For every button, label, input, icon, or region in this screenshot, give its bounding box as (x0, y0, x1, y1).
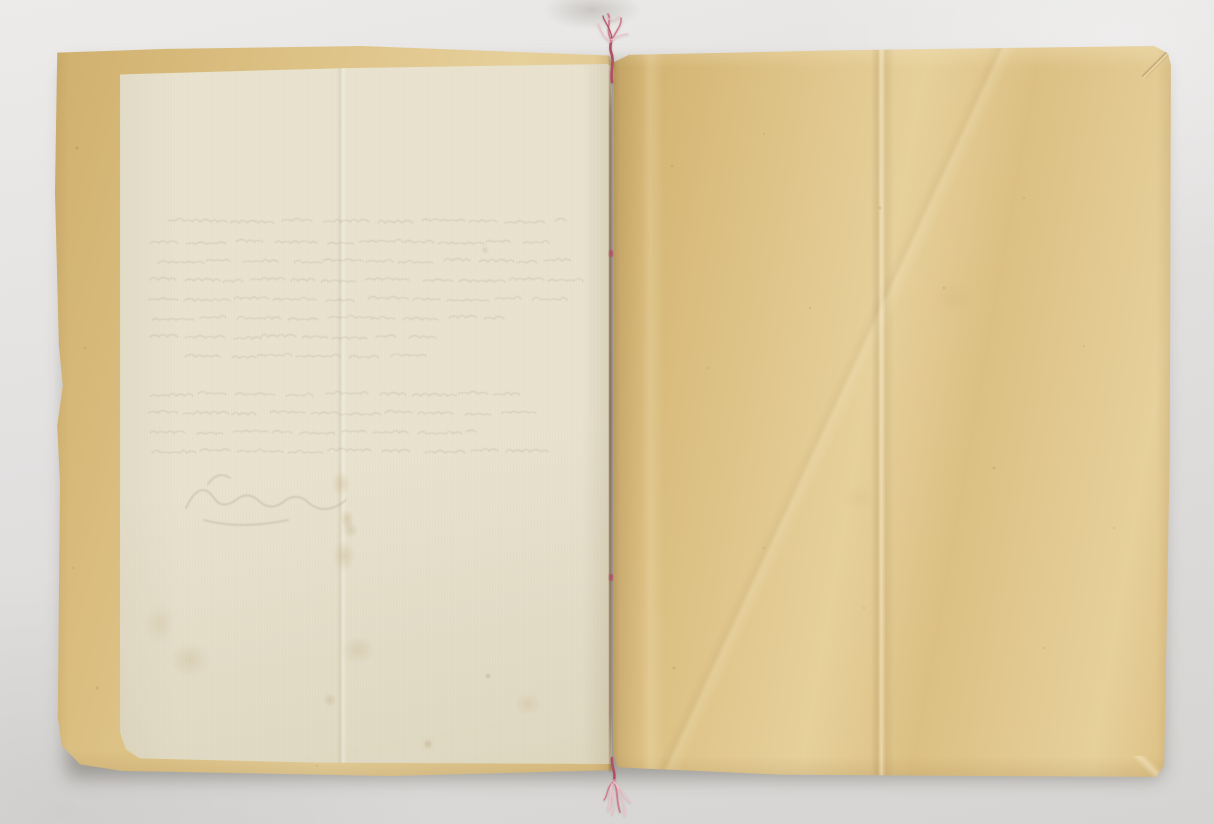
dog-ear-corner (1142, 52, 1168, 78)
ghost-signature (186, 475, 346, 525)
photo-backdrop (0, 0, 1214, 824)
ghost-handwriting (120, 64, 612, 764)
folder-right-cover (612, 46, 1172, 782)
manuscript-page (120, 64, 612, 764)
center-spine (609, 56, 612, 772)
binding-thread-bottom (596, 756, 652, 820)
binding-thread-top (588, 12, 640, 84)
spine-stitch (609, 574, 613, 581)
spine-stitch (609, 250, 613, 257)
